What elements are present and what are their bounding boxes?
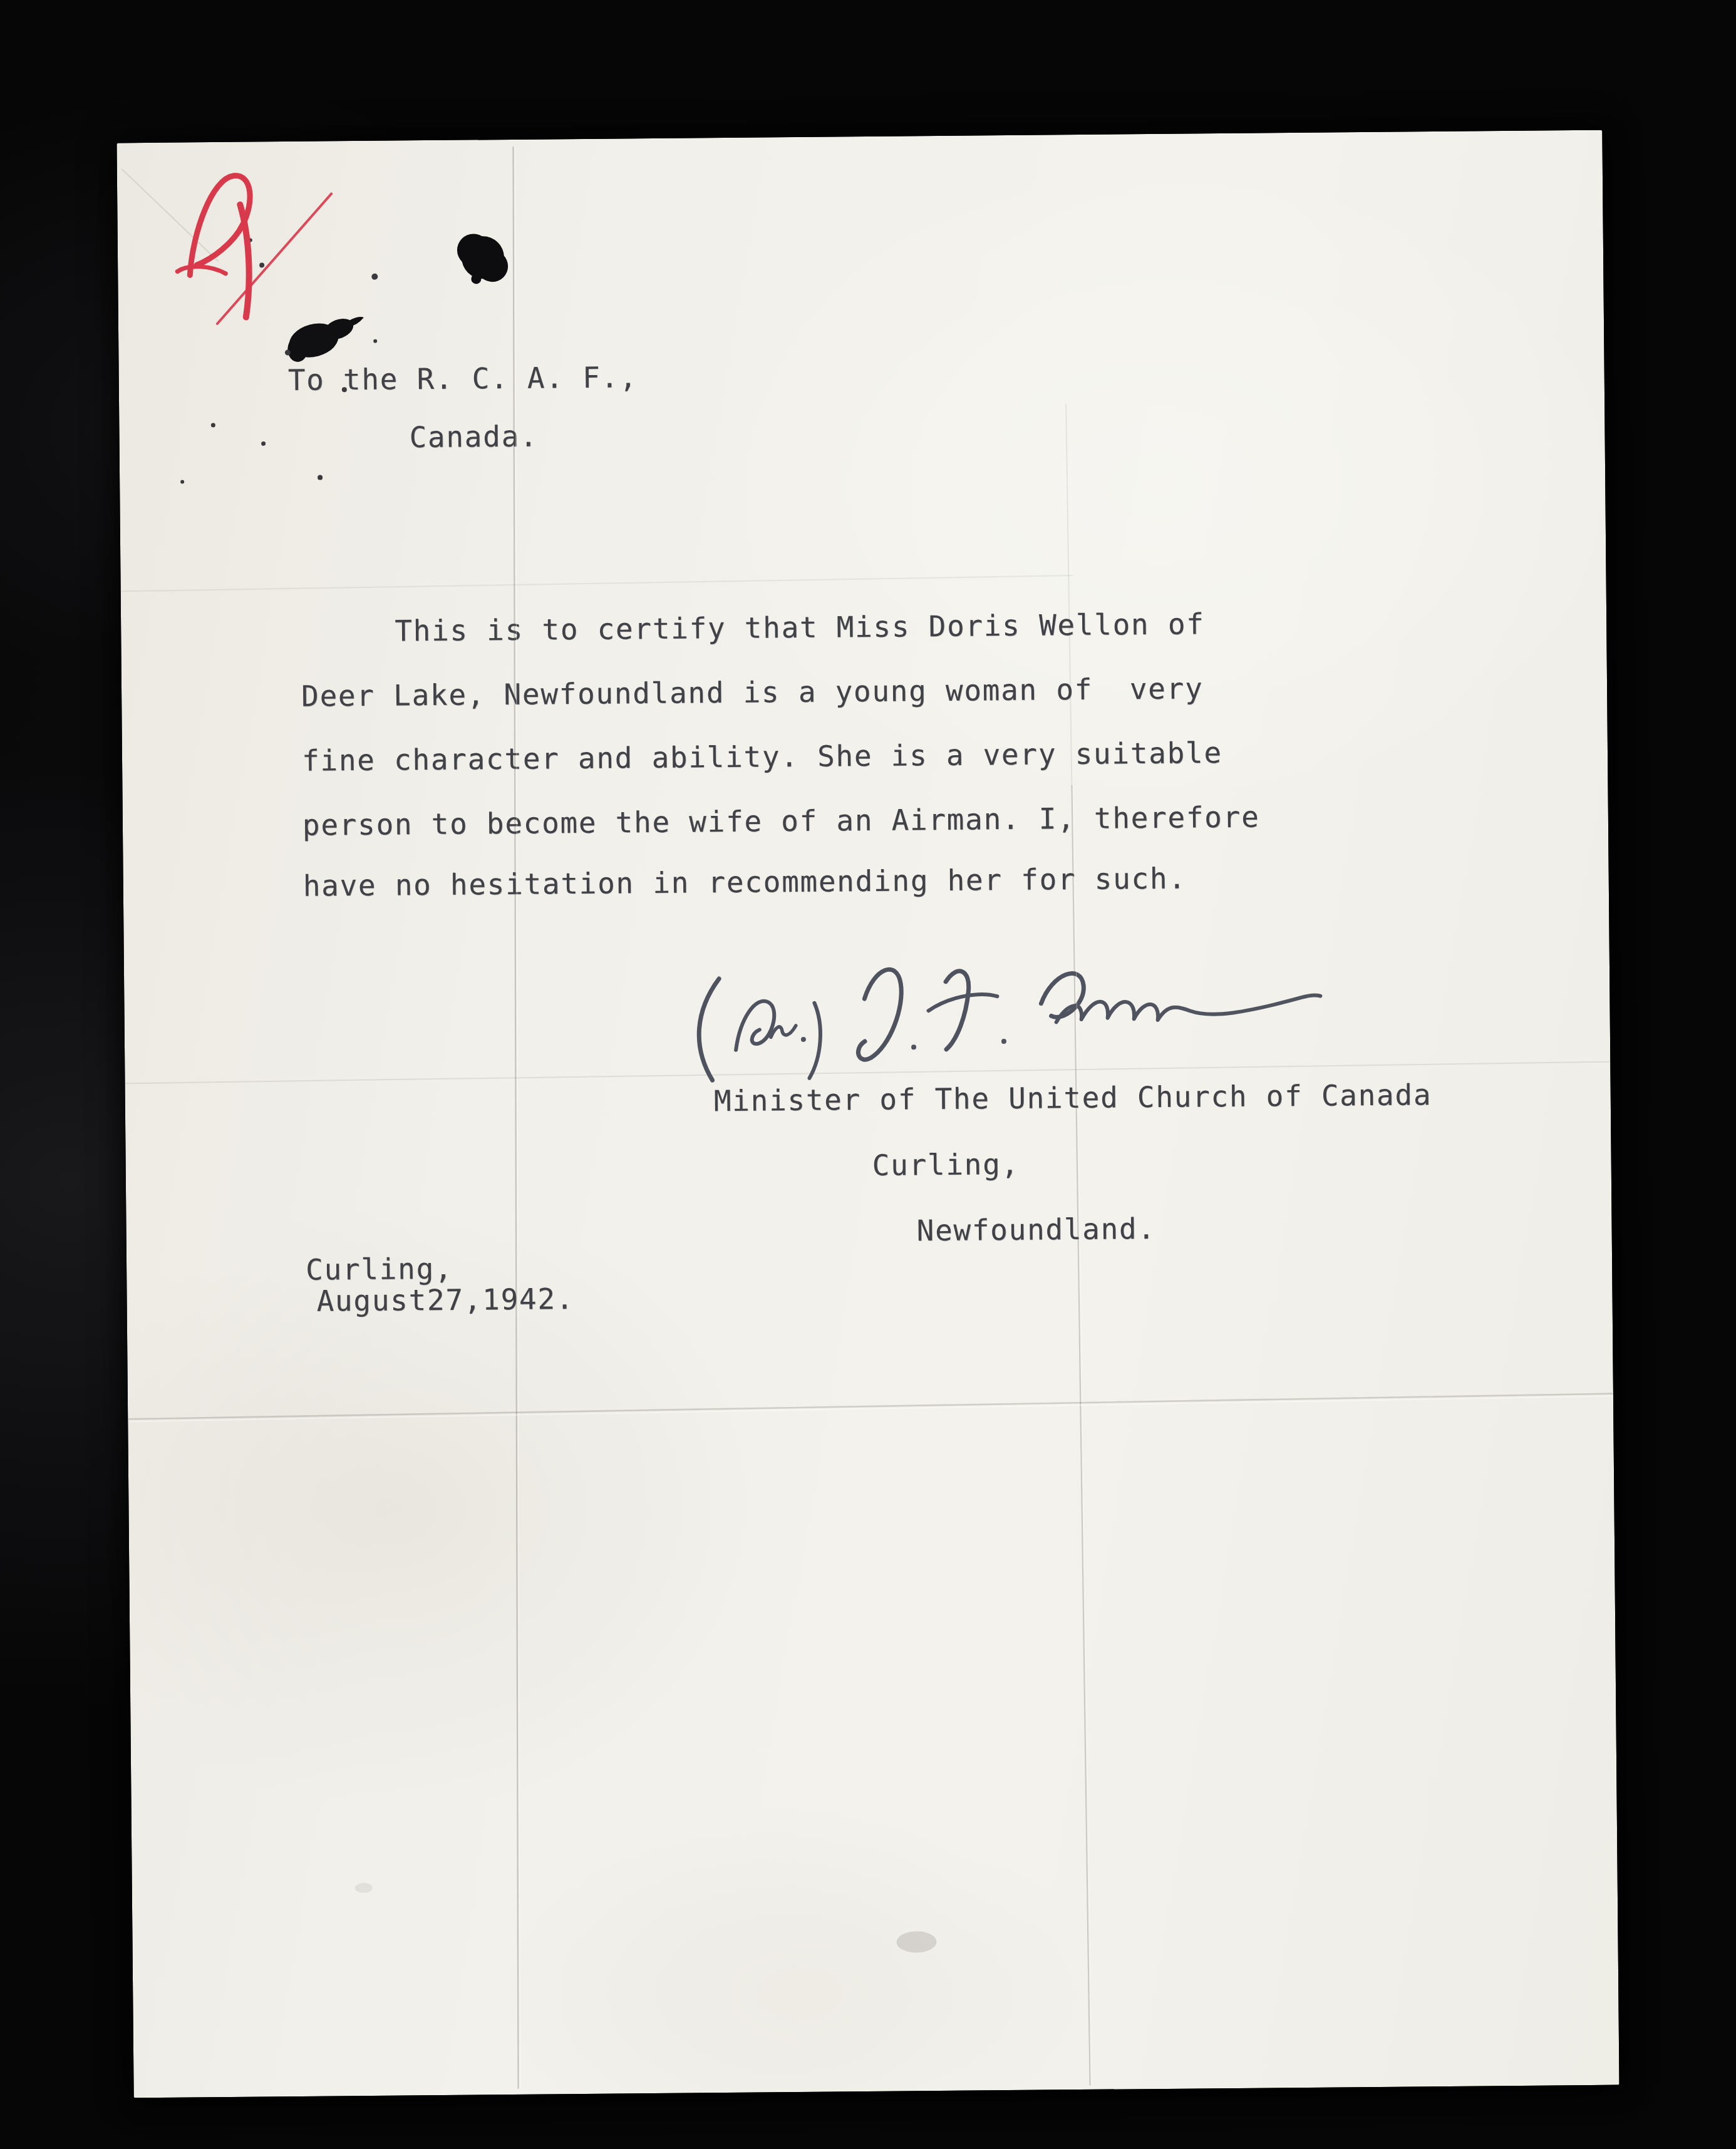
round-ink-spot xyxy=(457,234,509,284)
closing-line-1: Minister of The United Church of Canada xyxy=(714,1080,1432,1115)
handwritten-signature xyxy=(674,918,1340,1099)
closing-line-3: Newfoundland. xyxy=(916,1214,1156,1245)
address-line-2: Canada. xyxy=(409,422,538,452)
closing-line-2: Curling, xyxy=(872,1150,1020,1180)
dirt-specks xyxy=(178,237,380,484)
body-line: fine character and ability. She is a ver… xyxy=(302,738,1222,775)
signature-text: (Rev.) J. F. Sheren xyxy=(116,143,117,143)
ink-blot xyxy=(286,315,364,363)
scanned-letter-photo: { "document_type": "typewritten letter, … xyxy=(0,0,1736,2149)
letter-paper: To the R. C. A. F., Canada. This is to c… xyxy=(116,130,1619,2098)
dateline-place: Curling, xyxy=(306,1254,453,1284)
body-line: This is to certify that Miss Doris Wello… xyxy=(395,609,1205,645)
grey-smudge xyxy=(896,1931,936,1953)
grey-smudge-2 xyxy=(355,1883,373,1893)
body-line: Deer Lake, Newfoundland is a young woman… xyxy=(301,674,1204,711)
body-line: person to become the wife of an Airman. … xyxy=(302,803,1260,840)
red-pencil-mark xyxy=(177,175,333,324)
body-line: have no hesitation in recommending her f… xyxy=(303,864,1187,900)
address-line-1: To the R. C. A. F., xyxy=(288,363,638,394)
dateline-date: August27,1942. xyxy=(316,1284,574,1316)
